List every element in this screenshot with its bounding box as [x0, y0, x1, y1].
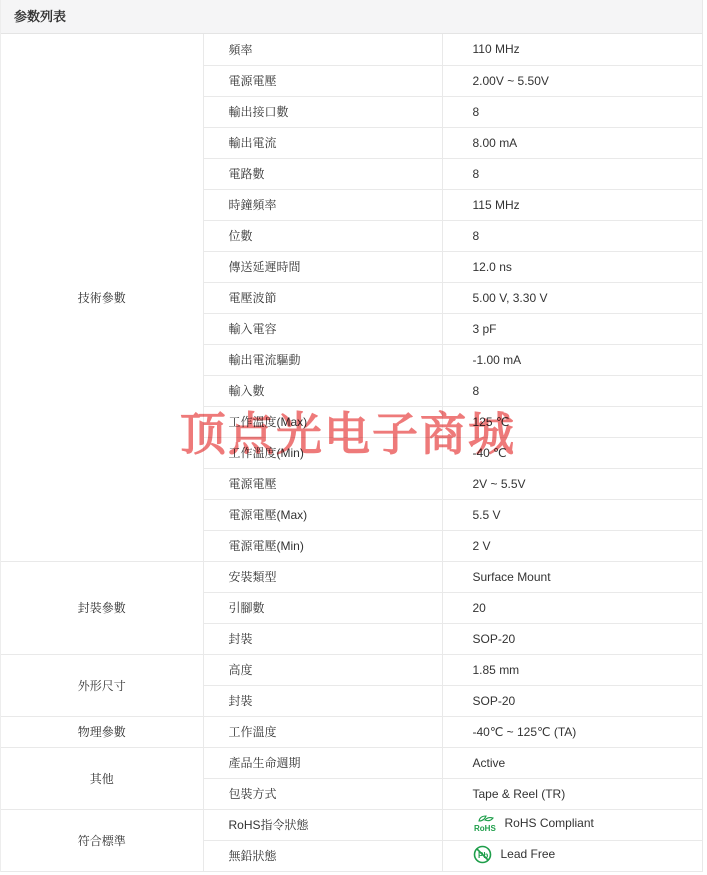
parameter-value-cell: RoHS RoHS Compliant [442, 809, 702, 840]
parameter-name-cell: 工作溫度 [203, 716, 442, 747]
parameter-name-cell: 工作溫度(Max) [203, 406, 442, 437]
parameter-value-cell: -1.00 mA [442, 344, 702, 375]
parameter-name-cell: 時鐘頻率 [203, 189, 442, 220]
parameter-value-cell: 8 [442, 96, 702, 127]
parameter-value-text: Lead Free [501, 847, 556, 861]
parameter-name-cell: 電源電壓(Min) [203, 530, 442, 561]
parameter-name-cell: 電源電壓 [203, 468, 442, 499]
parameter-value-cell: 20 [442, 592, 702, 623]
parameter-name-cell: 位數 [203, 220, 442, 251]
parameter-value-cell: 5.5 V [442, 499, 702, 530]
table-row: 技術參數 頻率 110 MHz [1, 34, 702, 65]
parameter-value-cell: SOP-20 [442, 685, 702, 716]
parameter-name-cell: 電路數 [203, 158, 442, 189]
parameter-name-cell: 高度 [203, 654, 442, 685]
parameter-name-cell: 輸出電流驅動 [203, 344, 442, 375]
parameter-value-cell: SOP-20 [442, 623, 702, 654]
parameter-name-cell: 無鉛狀態 [203, 840, 442, 871]
parameter-value-cell: 5.00 V, 3.30 V [442, 282, 702, 313]
parameter-value-cell: 12.0 ns [442, 251, 702, 282]
parameter-value-cell: 8 [442, 220, 702, 251]
parameter-name-cell: 封裝 [203, 623, 442, 654]
parameter-value-cell: Surface Mount [442, 561, 702, 592]
parameter-value-cell: -40 ℃ [442, 437, 702, 468]
category-cell: 技術參數 [1, 34, 203, 561]
parameter-value-cell: -40℃ ~ 125℃ (TA) [442, 716, 702, 747]
table-row: 外形尺寸 高度 1.85 mm [1, 654, 702, 685]
category-cell: 符合標準 [1, 809, 203, 871]
parameter-name-cell: 電壓波節 [203, 282, 442, 313]
parameter-value-cell: 3 pF [442, 313, 702, 344]
parameter-value-cell: 125 ℃ [442, 406, 702, 437]
parameter-name-cell: 輸出電流 [203, 127, 442, 158]
parameter-value-cell: 1.85 mm [442, 654, 702, 685]
category-cell: 物理參數 [1, 716, 203, 747]
parameters-table: 技術參數 頻率 110 MHz 電源電壓 2.00V ~ 5.50V 輸出接口數… [1, 34, 702, 872]
parameter-name-cell: 安裝類型 [203, 561, 442, 592]
lead-free-icon: Pb [473, 845, 492, 864]
rohs-icon: RoHS [473, 814, 496, 833]
parameter-name-cell: 輸入電容 [203, 313, 442, 344]
table-row: 符合標準 RoHS指令狀態 RoHS RoHS Compliant [1, 809, 702, 840]
parameter-value-cell: 110 MHz [442, 34, 702, 65]
parameter-name-cell: 封裝 [203, 685, 442, 716]
parameter-value-cell: 115 MHz [442, 189, 702, 220]
parameter-name-cell: 產品生命週期 [203, 747, 442, 778]
parameter-value-cell: 8.00 mA [442, 127, 702, 158]
parameter-name-cell: 電源電壓 [203, 65, 442, 96]
parameter-name-cell: 頻率 [203, 34, 442, 65]
parameter-value-cell: Active [442, 747, 702, 778]
parameter-value-cell: 2V ~ 5.5V [442, 468, 702, 499]
parameter-value-cell: 2.00V ~ 5.50V [442, 65, 702, 96]
parameter-name-cell: 輸入數 [203, 375, 442, 406]
table-row: 其他 產品生命週期 Active [1, 747, 702, 778]
category-cell: 封裝參數 [1, 561, 203, 654]
parameter-value-text: RoHS Compliant [505, 816, 594, 830]
parameter-value-cell: 8 [442, 375, 702, 406]
parameter-name-cell: 輸出接口數 [203, 96, 442, 127]
category-cell: 其他 [1, 747, 203, 809]
category-cell: 外形尺寸 [1, 654, 203, 716]
parameter-value-cell: Tape & Reel (TR) [442, 778, 702, 809]
table-row: 物理參數 工作溫度 -40℃ ~ 125℃ (TA) [1, 716, 702, 747]
parameter-name-cell: 傳送延遲時間 [203, 251, 442, 282]
table-row: 封裝參數 安裝類型 Surface Mount [1, 561, 702, 592]
parameter-name-cell: 工作溫度(Min) [203, 437, 442, 468]
parameter-name-cell: RoHS指令狀態 [203, 809, 442, 840]
svg-text:RoHS: RoHS [474, 824, 496, 833]
parameter-value-cell: 8 [442, 158, 702, 189]
parameter-name-cell: 電源電壓(Max) [203, 499, 442, 530]
parameter-name-cell: 引腳數 [203, 592, 442, 623]
parameters-panel: 参数列表 技術參數 頻率 110 MHz 電源電壓 2.00V ~ 5.50V … [0, 0, 703, 872]
panel-title: 参数列表 [1, 0, 702, 34]
parameter-value-cell: 2 V [442, 530, 702, 561]
parameter-value-cell: Pb Lead Free [442, 840, 702, 871]
parameter-name-cell: 包裝方式 [203, 778, 442, 809]
